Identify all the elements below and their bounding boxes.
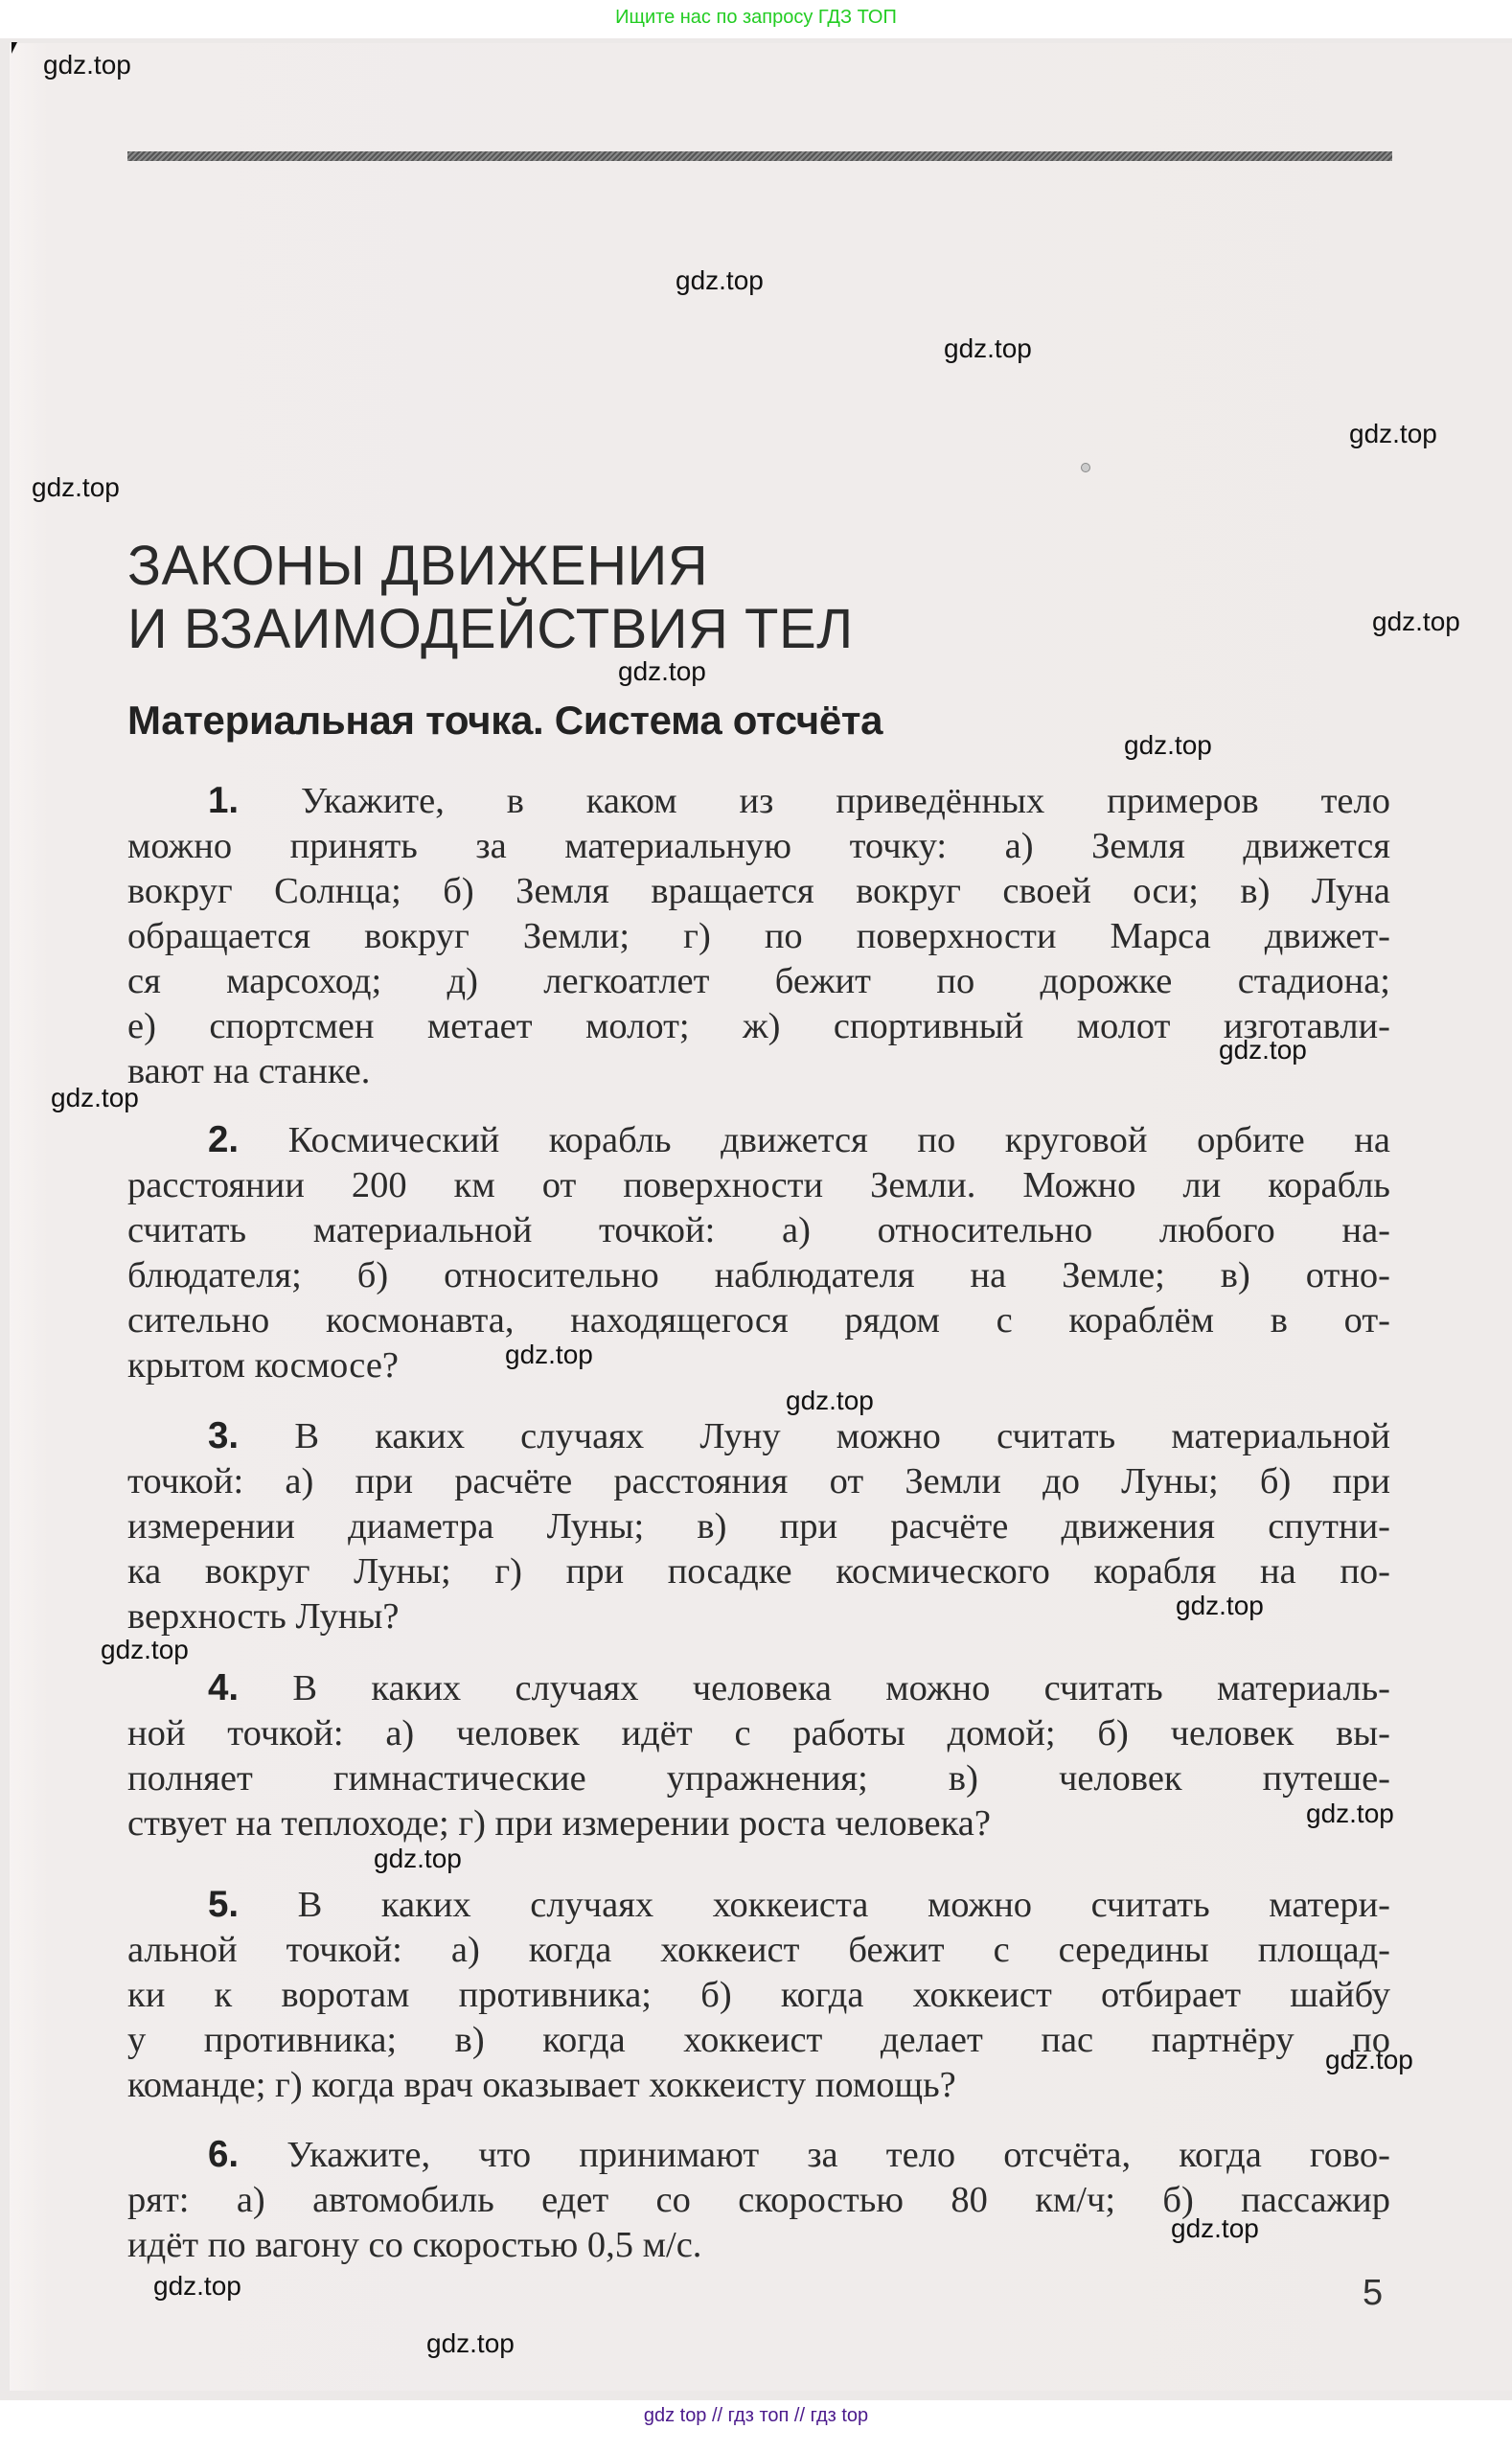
scan-dot: [1081, 463, 1090, 472]
chapter-title: ЗАКОНЫ ДВИЖЕНИЯ И ВЗАИМОДЕЙСТВИЯ ТЕЛ: [127, 535, 854, 661]
watermark: gdz.top: [43, 50, 131, 80]
watermark: gdz.top: [374, 1844, 462, 1874]
problem-5: 5. В каких случаях хоккеиста можно счита…: [127, 1882, 1390, 2108]
section-title: Материальная точка. Система отсчёта: [127, 698, 882, 744]
bottom-site-links[interactable]: gdz top // гдз топ // гдз top: [0, 2405, 1512, 2427]
watermark: gdz.top: [153, 2271, 241, 2302]
watermark: gdz.top: [1176, 1591, 1264, 1621]
corner-mark-icon: [11, 42, 17, 54]
watermark: gdz.top: [1124, 730, 1212, 761]
chapter-title-line-1: ЗАКОНЫ ДВИЖЕНИЯ: [127, 535, 854, 598]
problem-number: 2.: [208, 1119, 239, 1160]
problem-4: 4. В каких случаях человека можно считат…: [127, 1665, 1390, 1846]
problem-6: 6. Укажите, что принимают за тело отсчёт…: [127, 2132, 1390, 2268]
problem-number: 5.: [208, 1884, 239, 1925]
watermark: gdz.top: [505, 1340, 593, 1370]
problem-number: 1.: [208, 780, 239, 821]
watermark: gdz.top: [1306, 1799, 1394, 1829]
watermark: gdz.top: [101, 1635, 189, 1665]
problem-1: 1. Укажите, в каком из приведённых приме…: [127, 778, 1390, 1094]
header-rule: [127, 151, 1392, 161]
watermark: gdz.top: [1219, 1035, 1307, 1066]
problem-number: 3.: [208, 1415, 239, 1456]
top-search-banner[interactable]: Ищите нас по запросу ГДЗ ТОП: [0, 0, 1512, 36]
problem-number: 6.: [208, 2134, 239, 2175]
watermark: gdz.top: [426, 2328, 515, 2359]
problem-2: 2. Космический корабль движется по круго…: [127, 1117, 1390, 1388]
chapter-title-line-2: И ВЗАИМОДЕЙСТВИЯ ТЕЛ: [127, 598, 854, 661]
watermark: gdz.top: [676, 265, 764, 296]
watermark: gdz.top: [786, 1386, 874, 1416]
problem-number: 4.: [208, 1667, 239, 1708]
watermark: gdz.top: [1171, 2213, 1259, 2244]
watermark: gdz.top: [1325, 2045, 1413, 2075]
watermark: gdz.top: [1372, 607, 1460, 637]
watermark: gdz.top: [32, 472, 120, 503]
watermark: gdz.top: [1349, 419, 1437, 449]
watermark: gdz.top: [944, 333, 1032, 364]
watermark: gdz.top: [51, 1083, 139, 1113]
page-number: 5: [1363, 2273, 1383, 2314]
watermark: gdz.top: [618, 656, 706, 687]
